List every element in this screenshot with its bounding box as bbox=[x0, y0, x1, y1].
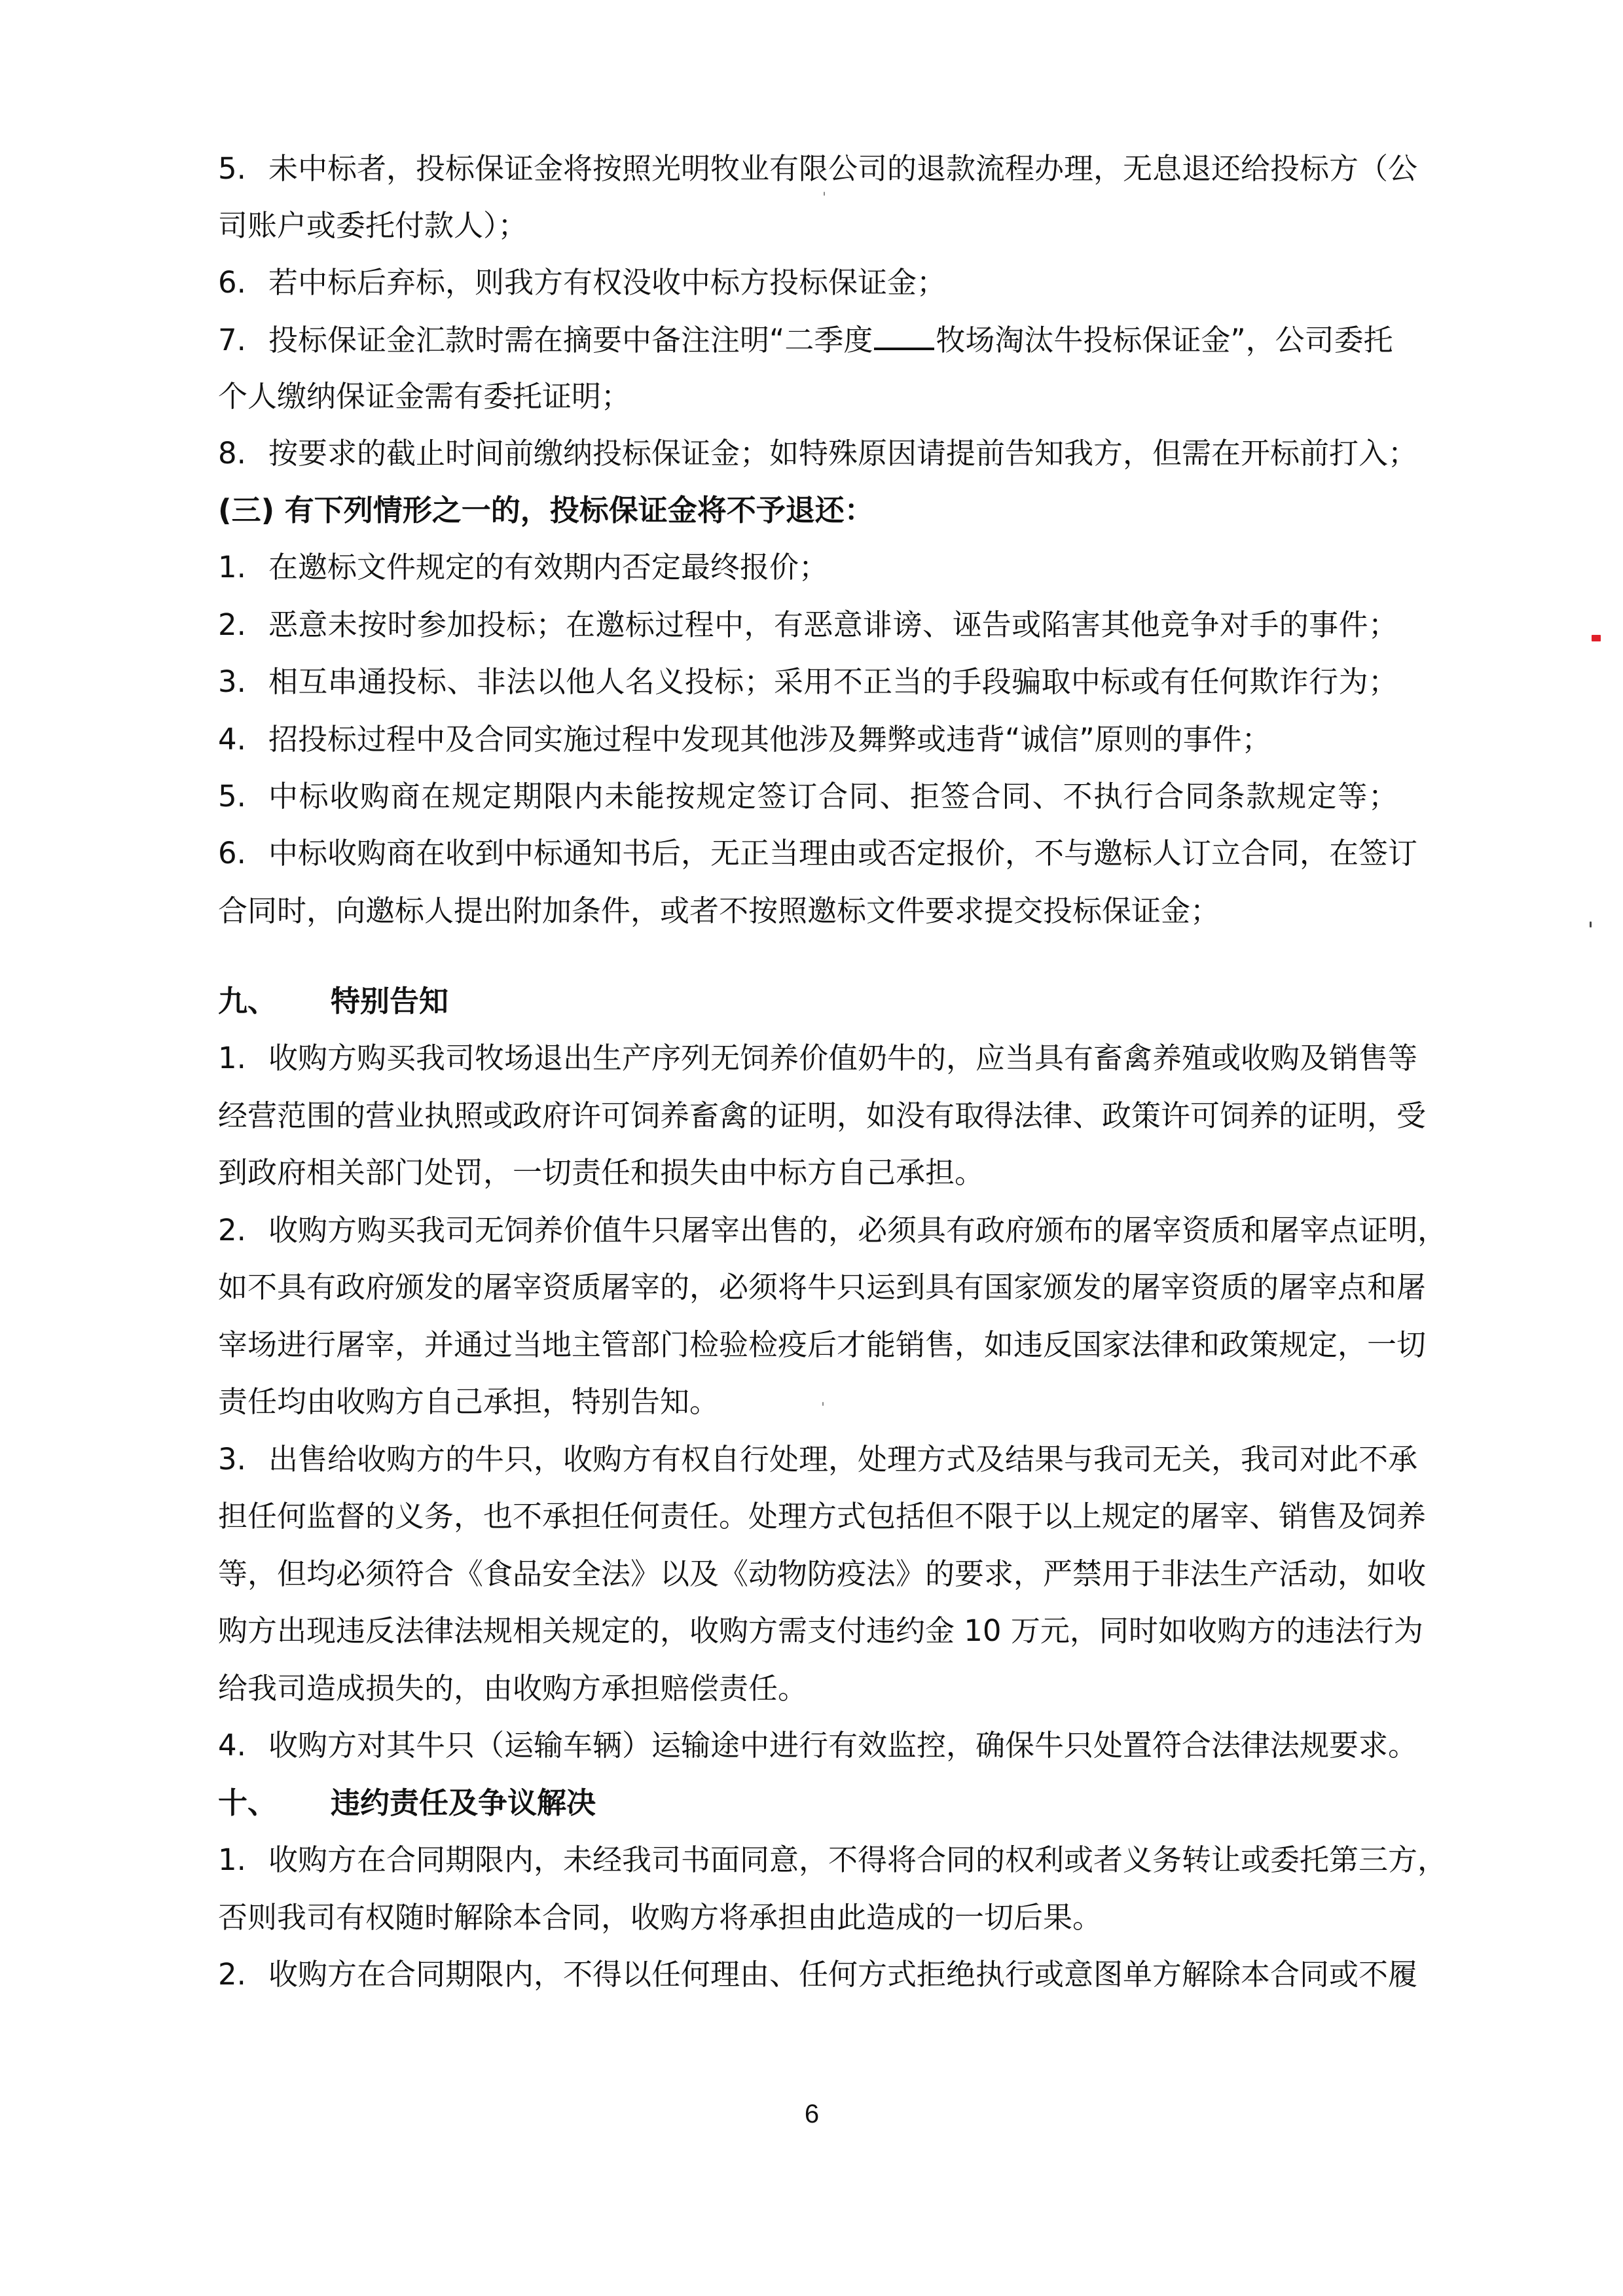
item-number: 5. bbox=[218, 777, 268, 816]
list-item: 6. 若中标后弃标，则我方有权没收中标方投标保证金； bbox=[218, 263, 1398, 302]
list-item: 8. 按要求的截止时间前缴纳投标保证金；如特殊原因请提前告知我方，但需在开标前打… bbox=[218, 434, 1398, 473]
item-text: 收购方对其牛只（运输车辆）运输途中进行有效监控，确保牛只处置符合法律法规要求。 bbox=[268, 1726, 1417, 1765]
fill-in-blank bbox=[874, 323, 934, 350]
list-item: 5. 未中标者，投标保证金将按照光明牧业有限公司的退款流程办理，无息退还给投标方… bbox=[218, 149, 1398, 188]
item-number: 2. bbox=[218, 1211, 268, 1250]
page-number: 6 bbox=[799, 2098, 825, 2130]
item-number: 2. bbox=[218, 605, 268, 645]
section-number: 十、 bbox=[218, 1784, 331, 1823]
item-text: 到政府相关部门处罚，一切责任和损失由中标方自己承担。 bbox=[218, 1153, 1398, 1193]
item-number: 1. bbox=[218, 1840, 268, 1880]
list-item-continuation: 到政府相关部门处罚，一切责任和损失由中标方自己承担。 bbox=[218, 1153, 1398, 1193]
item-text: 等，但均必须符合《食品安全法》以及《动物防疫法》的要求，严禁用于非法生产活动，如… bbox=[218, 1554, 1426, 1594]
list-item: 2. 恶意未按时参加投标；在邀标过程中，有恶意诽谤、诬告或陷害其他竞争对手的事件… bbox=[218, 605, 1398, 645]
list-item-continuation: 如不具有政府颁发的屠宰资质屠宰的，必须将牛只运到具有国家颁发的屠宰资质的屠宰点和… bbox=[218, 1268, 1398, 1307]
list-item-continuation: 个人缴纳保证金需有委托证明； bbox=[218, 377, 1398, 416]
item-text: 收购方购买我司牧场退出生产序列无饲养价值奶牛的，应当具有畜禽养殖或收购及销售等 bbox=[268, 1039, 1417, 1078]
section-title: 违约责任及争议解决 bbox=[331, 1784, 1398, 1823]
list-item-continuation: 担任何监督的义务，也不承担任何责任。处理方式包括但不限于以上规定的屠宰、销售及饲… bbox=[218, 1497, 1398, 1536]
list-item: 4. 收购方对其牛只（运输车辆）运输途中进行有效监控，确保牛只处置符合法律法规要… bbox=[218, 1726, 1398, 1765]
item-text: 如不具有政府颁发的屠宰资质屠宰的，必须将牛只运到具有国家颁发的屠宰资质的屠宰点和… bbox=[218, 1268, 1426, 1307]
item-text: 招投标过程中及合同实施过程中发现其他涉及舞弊或违背“诚信”原则的事件； bbox=[268, 720, 1398, 759]
item-text: 出售给收购方的牛只，收购方有权自行处理，处理方式及结果与我司无关，我司对此不承 bbox=[268, 1440, 1417, 1479]
item-number: 6. bbox=[218, 263, 268, 302]
item-number: 1. bbox=[218, 548, 268, 587]
section-heading-special-notice: 九、 特别告知 bbox=[218, 982, 1398, 1021]
item-number: 7. bbox=[218, 321, 268, 360]
list-item-continuation: 等，但均必须符合《食品安全法》以及《动物防疫法》的要求，严禁用于非法生产活动，如… bbox=[218, 1554, 1398, 1594]
item-text: 按要求的截止时间前缴纳投标保证金；如特殊原因请提前告知我方，但需在开标前打入； bbox=[268, 434, 1417, 473]
item-text: 经营范围的营业执照或政府许可饲养畜禽的证明，如没有取得法律、政策许可饲养的证明，… bbox=[218, 1096, 1426, 1136]
item-number: 1. bbox=[218, 1039, 268, 1078]
list-item: 7. 投标保证金汇款时需在摘要中备注注明“二季度牧场淘汰牛投标保证金”，公司委托 bbox=[218, 321, 1398, 360]
item-text: 中标收购商在收到中标通知书后，无正当理由或否定报价，不与邀标人订立合同，在签订 bbox=[268, 834, 1417, 873]
item-text-after-blank: 牧场淘汰牛投标保证金”，公司委托 bbox=[936, 323, 1393, 357]
scan-mark-red bbox=[1592, 635, 1601, 641]
item-number: 4. bbox=[218, 720, 268, 759]
list-item: 1. 收购方购买我司牧场退出生产序列无饲养价值奶牛的，应当具有畜禽养殖或收购及销… bbox=[218, 1039, 1398, 1078]
item-text: 未中标者，投标保证金将按照光明牧业有限公司的退款流程办理，无息退还给投标方（公 bbox=[268, 149, 1417, 188]
item-number: 2. bbox=[218, 1955, 268, 1994]
item-text: 否则我司有权随时解除本合同，收购方将承担由此造成的一切后果。 bbox=[218, 1898, 1398, 1937]
list-item: 2. 收购方购买我司无饲养价值牛只屠宰出售的，必须具有政府颁布的屠宰资质和屠宰点… bbox=[218, 1211, 1398, 1250]
section-heading-breach-liability: 十、 违约责任及争议解决 bbox=[218, 1784, 1398, 1823]
item-text: 中标收购商在规定期限内未能按规定签订合同、拒签合同、不执行合同条款规定等； bbox=[268, 777, 1398, 816]
list-item: 1. 收购方在合同期限内，未经我司书面同意，不得将合同的权利或者义务转让或委托第… bbox=[218, 1840, 1398, 1880]
list-item-continuation: 责任均由收购方自己承担，特别告知。 bbox=[218, 1382, 1398, 1422]
item-number: 3. bbox=[218, 1440, 268, 1479]
list-item: 2. 收购方在合同期限内，不得以任何理由、任何方式拒绝执行或意图单方解除本合同或… bbox=[218, 1955, 1398, 1994]
list-item: 3. 相互串通投标、非法以他人名义投标；采用不正当的手段骗取中标或有任何欺诈行为… bbox=[218, 662, 1398, 702]
item-text: 在邀标文件规定的有效期内否定最终报价； bbox=[268, 548, 1398, 587]
list-item: 6. 中标收购商在收到中标通知书后，无正当理由或否定报价，不与邀标人订立合同，在… bbox=[218, 834, 1398, 873]
item-text: 收购方在合同期限内，未经我司书面同意，不得将合同的权利或者义务转让或委托第三方， bbox=[268, 1840, 1447, 1880]
subsection-heading: (三) 有下列情形之一的，投标保证金将不予退还： bbox=[218, 491, 1398, 530]
item-text: 若中标后弃标，则我方有权没收中标方投标保证金； bbox=[268, 263, 1398, 302]
item-number: 5. bbox=[218, 149, 268, 188]
item-text: 宰场进行屠宰，并通过当地主管部门检验检疫后才能销售，如违反国家法律和政策规定，一… bbox=[218, 1325, 1426, 1365]
list-item: 3. 出售给收购方的牛只，收购方有权自行处理，处理方式及结果与我司无关，我司对此… bbox=[218, 1440, 1398, 1479]
scan-dot bbox=[824, 192, 825, 196]
item-text: 担任何监督的义务，也不承担任何责任。处理方式包括但不限于以上规定的屠宰、销售及饲… bbox=[218, 1497, 1426, 1536]
scan-dot bbox=[1590, 922, 1592, 927]
item-text: 收购方在合同期限内，不得以任何理由、任何方式拒绝执行或意图单方解除本合同或不履 bbox=[268, 1955, 1417, 1994]
item-text: 责任均由收购方自己承担，特别告知。 bbox=[218, 1382, 1398, 1422]
item-text: 收购方购买我司无饲养价值牛只屠宰出售的，必须具有政府颁布的屠宰资质和屠宰点证明， bbox=[268, 1211, 1447, 1250]
item-text: 给我司造成损失的，由收购方承担赔偿责任。 bbox=[218, 1669, 1398, 1708]
list-item: 5. 中标收购商在规定期限内未能按规定签订合同、拒签合同、不执行合同条款规定等； bbox=[218, 777, 1398, 816]
item-number: 4. bbox=[218, 1726, 268, 1765]
item-text: 司账户或委托付款人）； bbox=[218, 206, 1398, 245]
list-item: 4. 招投标过程中及合同实施过程中发现其他涉及舞弊或违背“诚信”原则的事件； bbox=[218, 720, 1398, 759]
document-page: 5. 未中标者，投标保证金将按照光明牧业有限公司的退款流程办理，无息退还给投标方… bbox=[0, 0, 1623, 2296]
list-item-continuation: 合同时，向邀标人提出附加条件，或者不按照邀标文件要求提交投标保证金； bbox=[218, 891, 1398, 931]
section-number: 九、 bbox=[218, 982, 331, 1021]
item-number: 8. bbox=[218, 434, 268, 473]
scan-dot bbox=[822, 1402, 824, 1406]
subsection-heading-text: (三) 有下列情形之一的，投标保证金将不予退还： bbox=[218, 491, 1398, 530]
list-item-continuation: 司账户或委托付款人）； bbox=[218, 206, 1398, 245]
item-text-before-blank: 投标保证金汇款时需在摘要中备注注明“二季度 bbox=[268, 323, 873, 357]
item-text: 个人缴纳保证金需有委托证明； bbox=[218, 377, 1398, 416]
item-number: 3. bbox=[218, 662, 268, 702]
item-text: 购方出现违反法律法规相关规定的，收购方需支付违约金 10 万元，同时如收购方的违… bbox=[218, 1611, 1423, 1651]
list-item-continuation: 宰场进行屠宰，并通过当地主管部门检验检疫后才能销售，如违反国家法律和政策规定，一… bbox=[218, 1325, 1398, 1365]
list-item-continuation: 否则我司有权随时解除本合同，收购方将承担由此造成的一切后果。 bbox=[218, 1898, 1398, 1937]
list-item-continuation: 经营范围的营业执照或政府许可饲养畜禽的证明，如没有取得法律、政策许可饲养的证明，… bbox=[218, 1096, 1398, 1136]
item-number: 6. bbox=[218, 834, 268, 873]
item-text: 合同时，向邀标人提出附加条件，或者不按照邀标文件要求提交投标保证金； bbox=[218, 891, 1398, 931]
item-text: 恶意未按时参加投标；在邀标过程中，有恶意诽谤、诬告或陷害其他竞争对手的事件； bbox=[268, 605, 1398, 645]
section-title: 特别告知 bbox=[331, 982, 1398, 1021]
list-item-continuation: 购方出现违反法律法规相关规定的，收购方需支付违约金 10 万元，同时如收购方的违… bbox=[218, 1611, 1398, 1651]
list-item: 1. 在邀标文件规定的有效期内否定最终报价； bbox=[218, 548, 1398, 587]
list-item-continuation: 给我司造成损失的，由收购方承担赔偿责任。 bbox=[218, 1669, 1398, 1708]
item-text: 相互串通投标、非法以他人名义投标；采用不正当的手段骗取中标或有任何欺诈行为； bbox=[268, 662, 1398, 702]
